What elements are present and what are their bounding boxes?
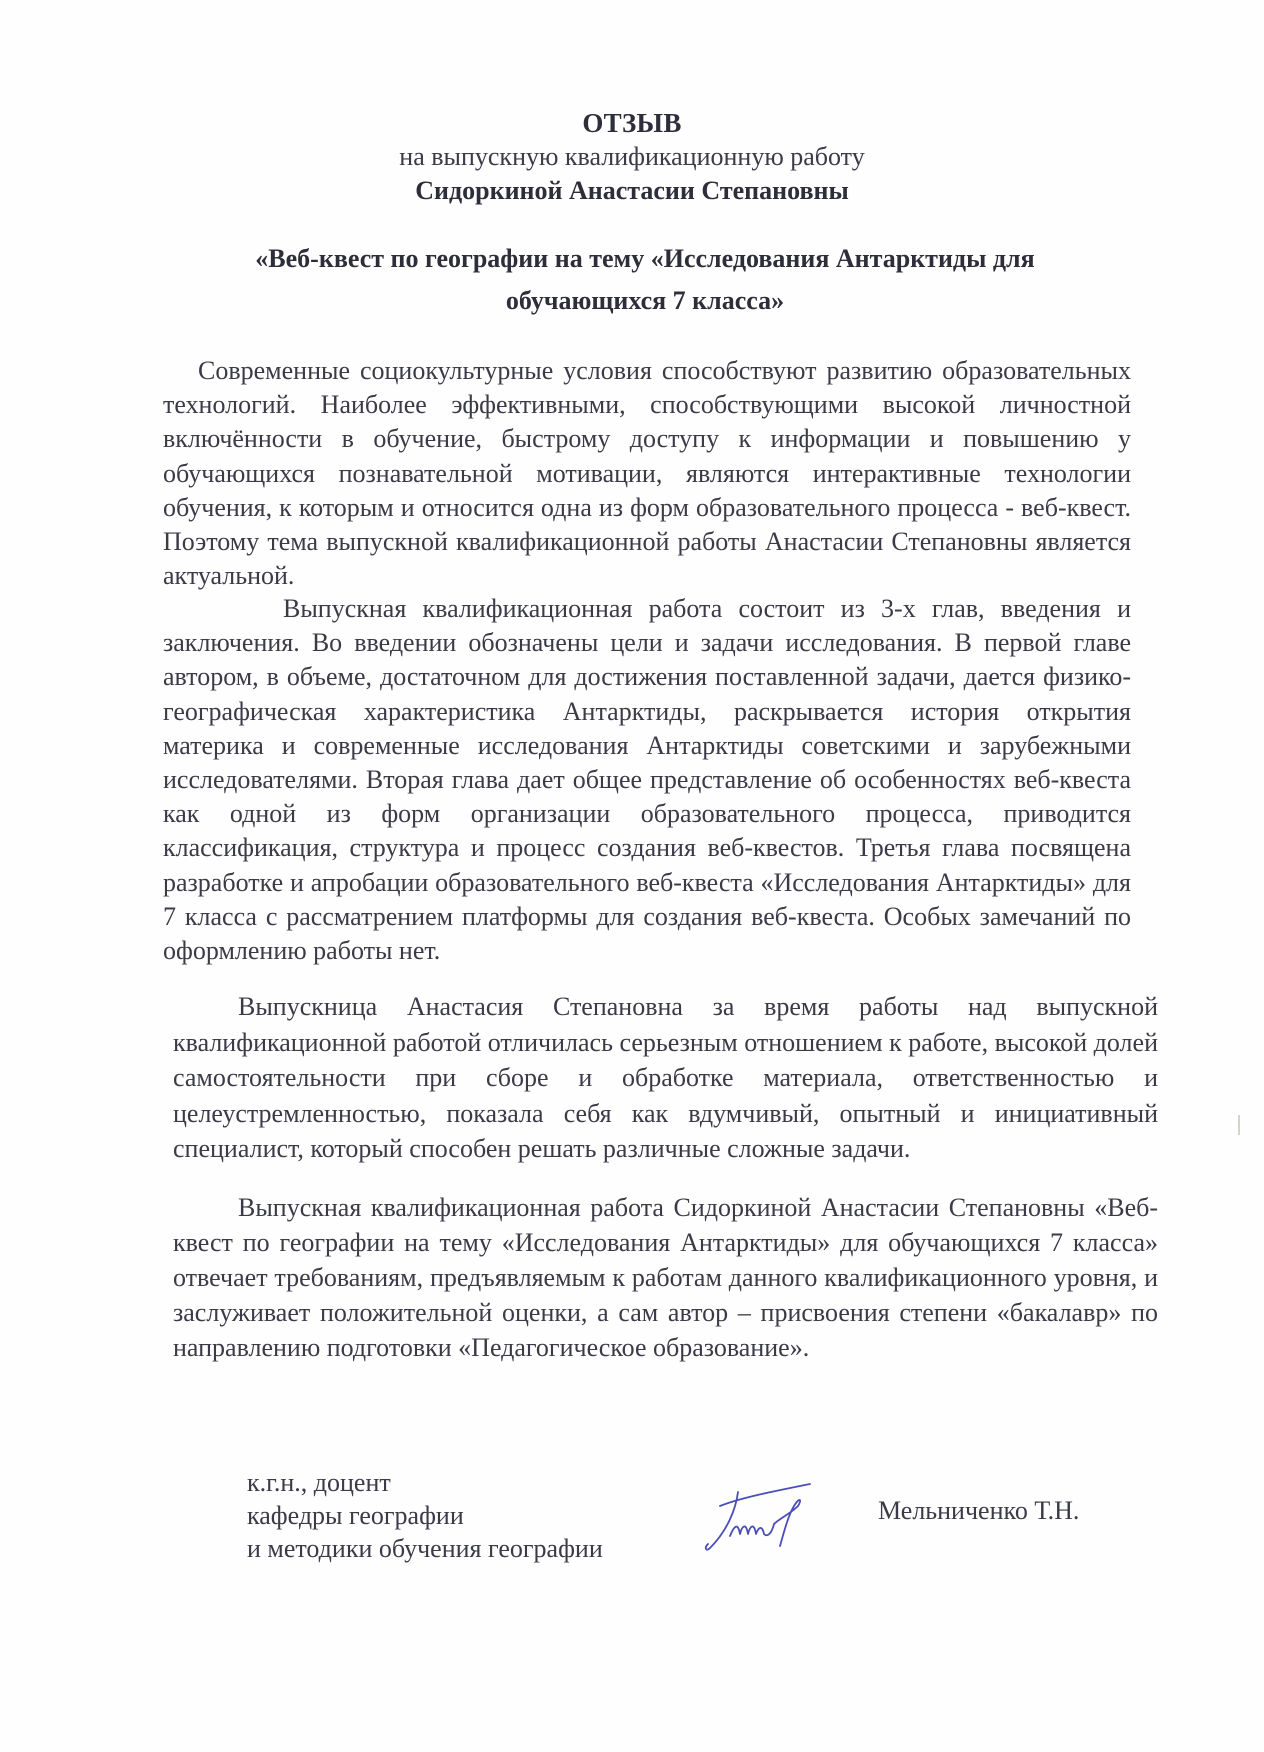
paragraph-structure: Выпускная квалификационная работа состои… [163, 592, 1131, 968]
thesis-title: «Веб-квест по географии на тему «Исследо… [200, 238, 1090, 322]
paragraph-student-qualities: Выпускница Анастасия Степановна за время… [173, 989, 1158, 1167]
paragraph-relevance: Современные социокультурные условия спос… [163, 354, 1131, 593]
signatory-degree: к.г.н., доцент [247, 1466, 603, 1499]
document-title: ОТЗЫВ [0, 108, 1264, 139]
document-page: ОТЗЫВ на выпускную квалификационную рабо… [0, 0, 1264, 1752]
document-subtitle: на выпускную квалификационную работу [0, 142, 1264, 172]
signatory-name: Мельниченко Т.Н. [878, 1496, 1079, 1526]
signatory-position: к.г.н., доцент кафедры географии и метод… [247, 1466, 603, 1565]
student-name: Сидоркиной Анастасии Степановны [0, 176, 1264, 206]
paragraph-conclusion: Выпускная квалификационная работа Сидорк… [173, 1190, 1158, 1365]
signatory-department: кафедры географии [247, 1499, 603, 1532]
scan-artifact [1238, 1115, 1240, 1135]
handwritten-signature-icon [690, 1478, 820, 1558]
signatory-department-cont: и методики обучения географии [247, 1532, 603, 1565]
